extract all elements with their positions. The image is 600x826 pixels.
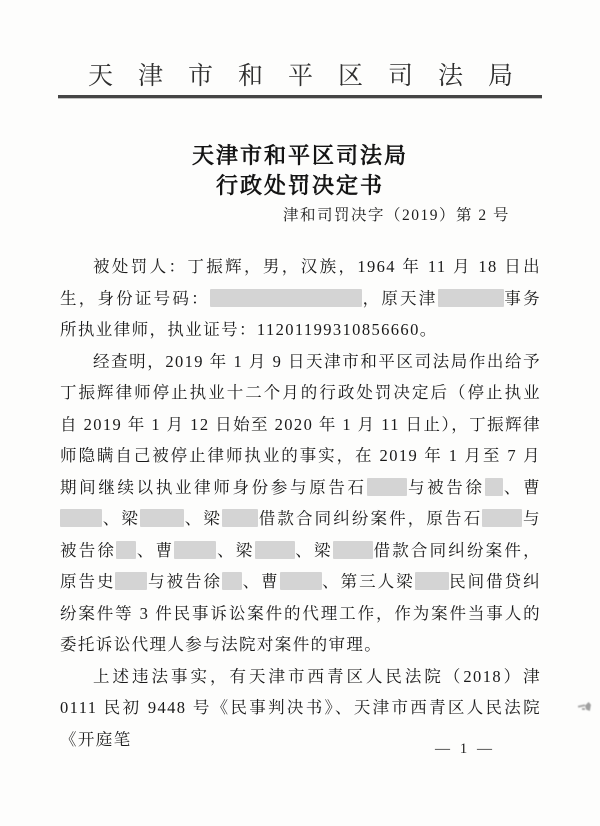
text-segment: 、曹 xyxy=(242,572,280,591)
text-segment: 、梁 xyxy=(102,509,140,528)
text-segment: 与被告徐 xyxy=(147,572,222,591)
redacted-name xyxy=(485,478,503,496)
redacted-name xyxy=(222,509,258,527)
document-number: 津和司罚决字（2019）第 2 号 xyxy=(60,203,510,225)
scanned-document-page: 天津市和平区司法局 天津市和平区司法局 行政处罚决定书 津和司罚决字（2019）… xyxy=(0,0,600,826)
redacted-name xyxy=(367,478,407,496)
redacted-name xyxy=(222,572,242,590)
page-number: — 1 — xyxy=(398,741,532,758)
redacted-name xyxy=(60,509,102,527)
text-segment: 经查明，2019 年 1 月 9 日天津市和平区司法局作出给予丁振辉律师停止执业… xyxy=(60,352,541,497)
redacted-name xyxy=(482,509,522,527)
text-segment: 、第三人梁 xyxy=(322,572,415,591)
text-segment: 、曹 xyxy=(136,541,174,560)
document-title-line-1: 天津市和平区司法局 xyxy=(60,141,540,171)
redacted-name xyxy=(140,509,184,527)
smudge-mark xyxy=(577,699,595,715)
redacted-name xyxy=(415,572,449,590)
text-segment: 与被告徐 xyxy=(407,478,485,497)
text-segment: 、梁 xyxy=(216,541,254,560)
text-segment: 上述违法事实，有天津市西青区人民法院（2018）津 0111 民初 9448 号… xyxy=(60,667,541,749)
redacted-name xyxy=(115,572,147,590)
redacted-name xyxy=(280,572,322,590)
redacted-id-number xyxy=(210,289,362,307)
redacted-name xyxy=(333,541,373,559)
redacted-name xyxy=(255,541,295,559)
paragraph-findings: 经查明，2019 年 1 月 9 日天津市和平区司法局作出给予丁振辉律师停止执业… xyxy=(60,346,541,661)
redacted-firm-name xyxy=(438,289,504,307)
text-segment: ，原天津 xyxy=(362,289,438,308)
redacted-name xyxy=(174,541,216,559)
redacted-name xyxy=(116,541,136,559)
document-title: 天津市和平区司法局 行政处罚决定书 xyxy=(60,141,540,201)
text-segment: 、梁 xyxy=(184,509,222,528)
letterhead-divider xyxy=(58,95,542,98)
agency-letterhead: 天津市和平区司法局 xyxy=(60,56,552,92)
document-body: 被处罚人：丁振辉，男，汉族，1964 年 11 月 18 日出生，身份证号码：，… xyxy=(60,251,541,755)
text-segment: 借款合同纠纷案件，原告石 xyxy=(258,509,482,528)
document-title-line-2: 行政处罚决定书 xyxy=(60,171,540,201)
text-segment: 、曹 xyxy=(503,478,541,497)
text-segment: 、梁 xyxy=(295,541,333,560)
paragraph-penalized-person: 被处罚人：丁振辉，男，汉族，1964 年 11 月 18 日出生，身份证号码：，… xyxy=(60,251,541,346)
